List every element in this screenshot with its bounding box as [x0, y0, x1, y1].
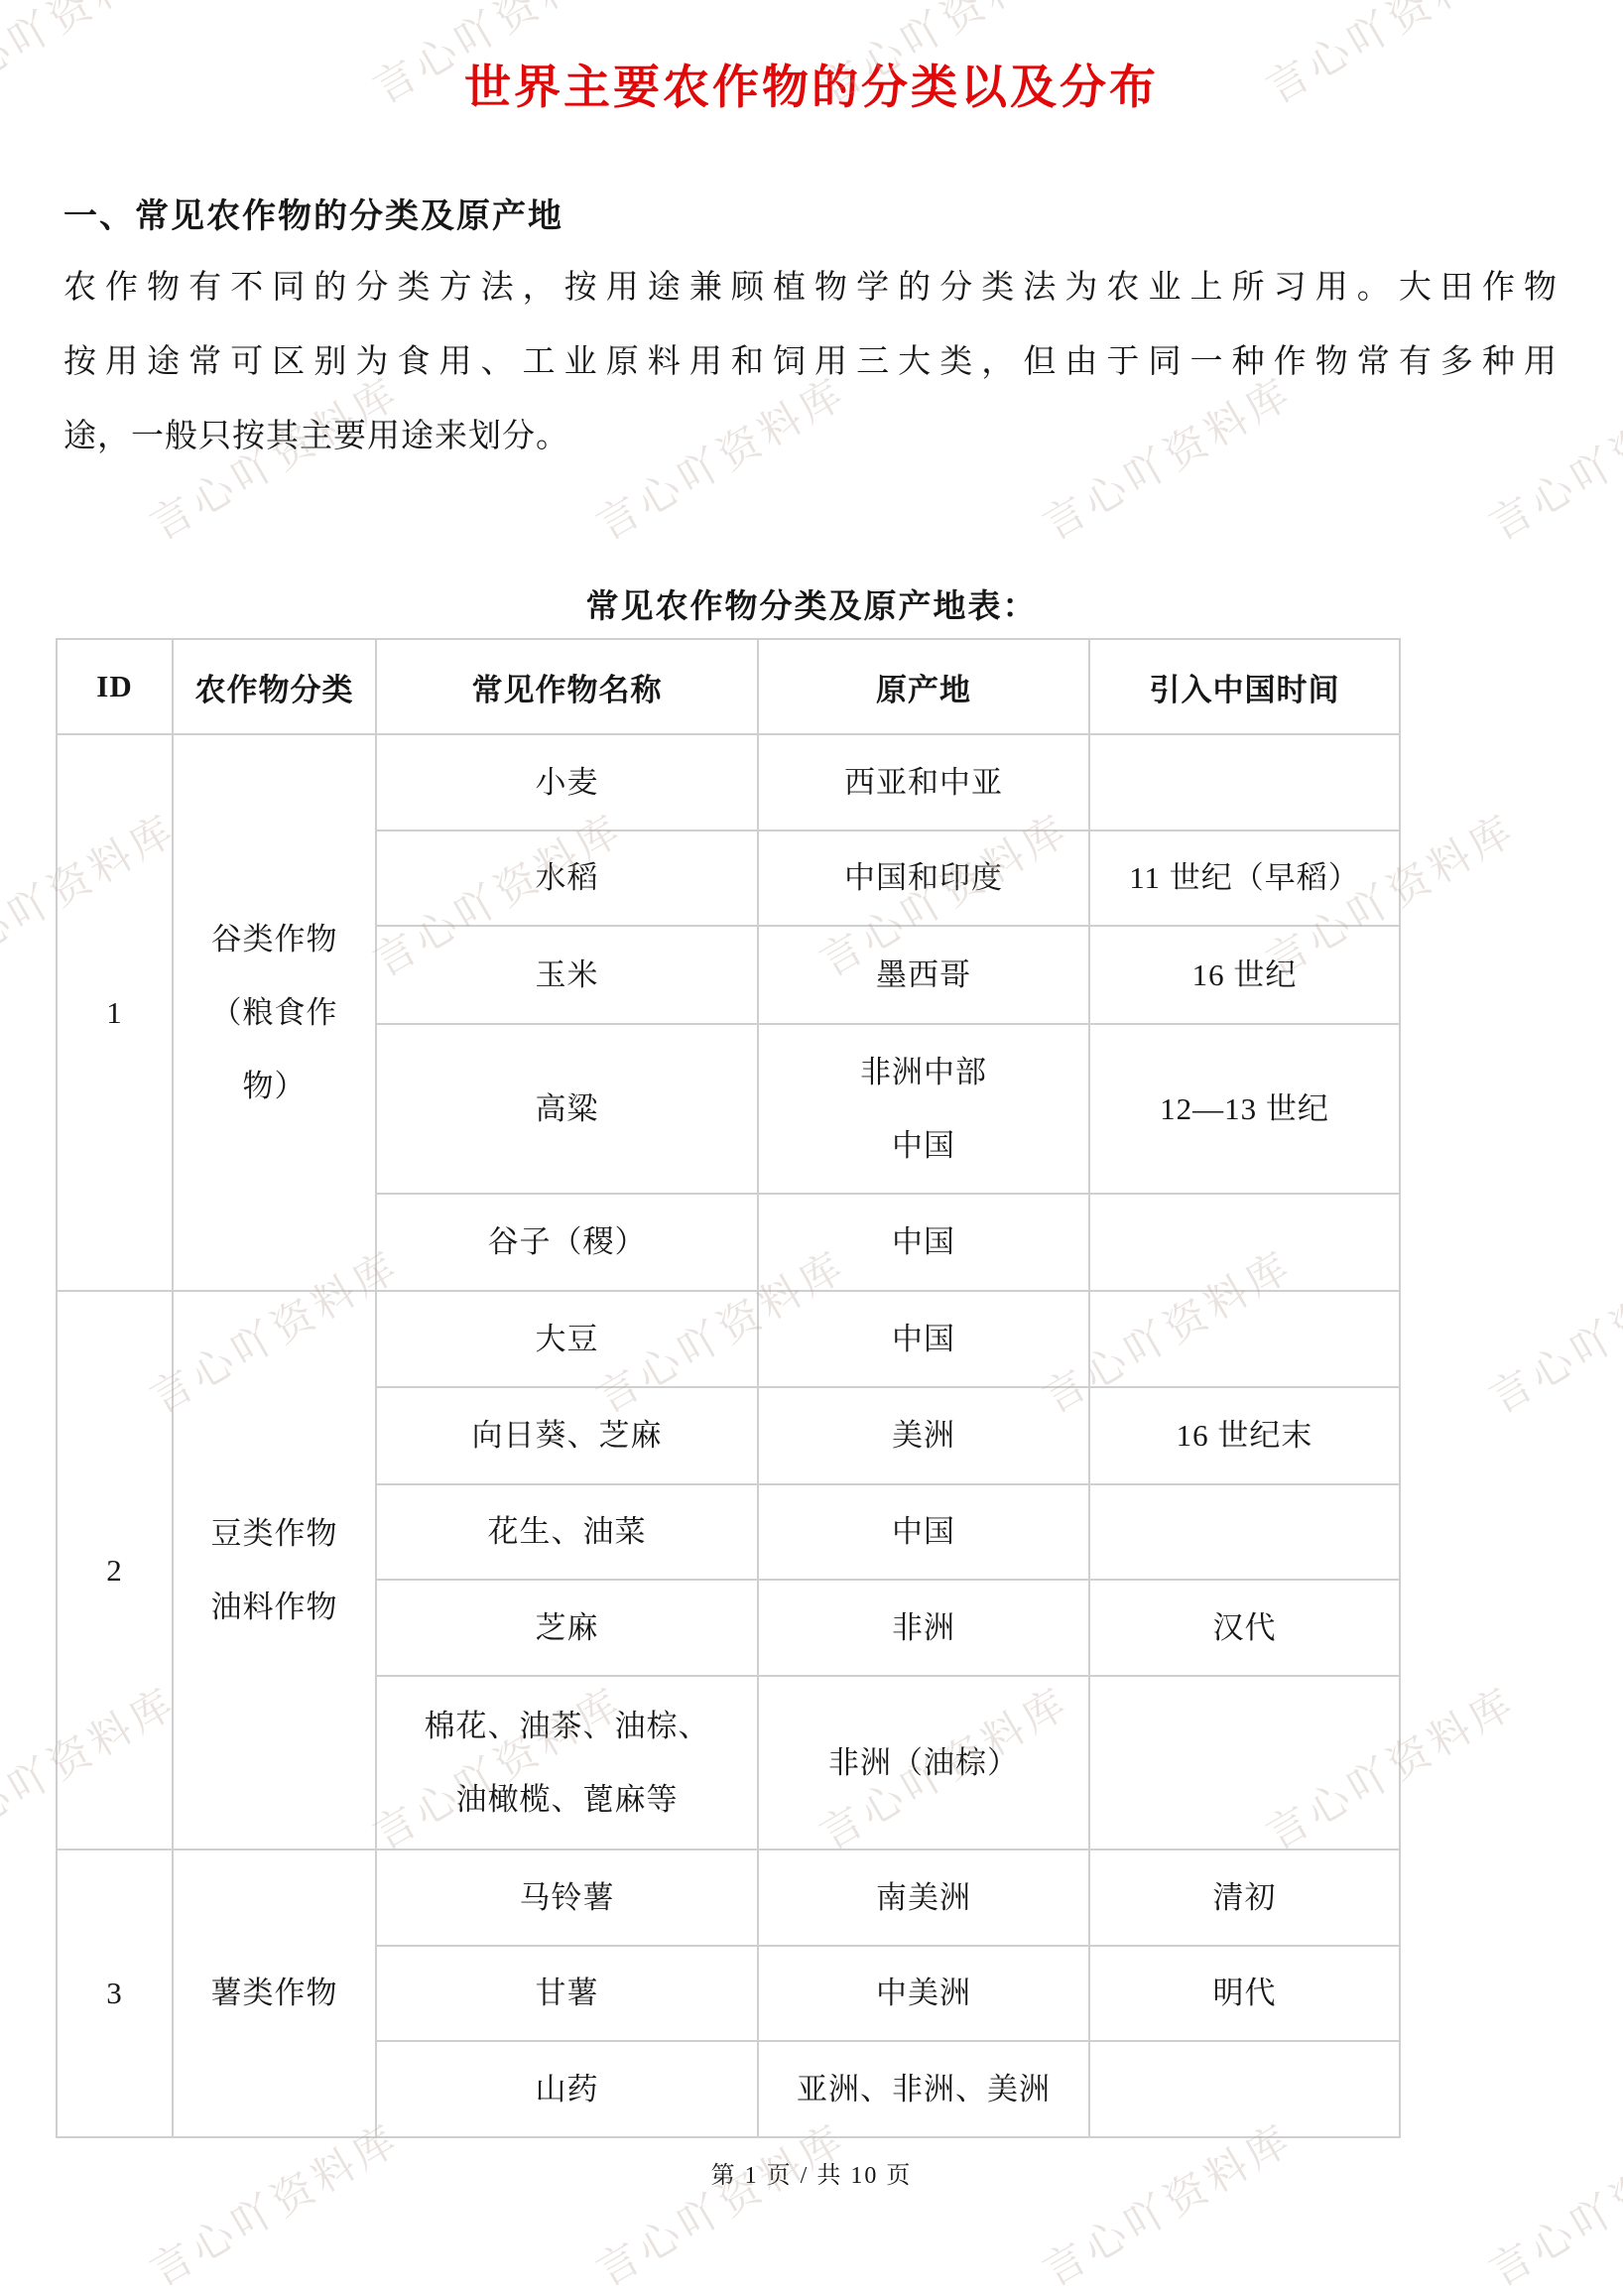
crop-name-cell: 高粱 — [376, 1024, 758, 1194]
origin-cell: 亚洲、非洲、美洲 — [758, 2041, 1089, 2137]
paragraph-line: 途，一般只按其主要用途来划分。 — [63, 400, 1558, 474]
table-header-row: ID 农作物分类 常见作物名称 原产地 引入中国时间 — [57, 639, 1400, 734]
crop-name-cell: 玉米 — [376, 926, 758, 1024]
crop-name-cell: 甘薯 — [376, 1946, 758, 2041]
table-row: 1 谷类作物 （粮食作 物） 小麦 西亚和中亚 — [57, 734, 1400, 830]
crops-table: ID 农作物分类 常见作物名称 原产地 引入中国时间 1 谷类作物 （粮食作 物… — [56, 638, 1401, 2138]
origin-cell: 中国 — [758, 1194, 1089, 1291]
intro-time-cell: 16 世纪末 — [1089, 1387, 1400, 1484]
intro-time-cell: 16 世纪 — [1089, 926, 1400, 1024]
crop-name-cell: 水稻 — [376, 830, 758, 926]
header-intro-time: 引入中国时间 — [1089, 639, 1400, 734]
page-title: 世界主要农作物的分类以及分布 — [40, 58, 1583, 120]
crop-name-cell: 棉花、油茶、油棕、 油橄榄、蓖麻等 — [376, 1676, 758, 1850]
intro-time-cell — [1089, 1484, 1400, 1580]
header-origin: 原产地 — [758, 639, 1089, 734]
paragraph-line: 按用途常可区别为食用、工业原料用和饲用三大类，但由于同一种作物常有多种用 — [63, 325, 1558, 400]
table-row: 3 薯类作物 马铃薯 南美洲 清初 — [57, 1850, 1400, 1946]
header-id: ID — [57, 639, 173, 734]
origin-cell: 非洲 — [758, 1580, 1089, 1676]
page-number: 第 1 页 / 共 10 页 — [0, 2156, 1623, 2196]
intro-time-cell: 12—13 世纪 — [1089, 1024, 1400, 1194]
section-heading: 一、常见农作物的分类及原产地 — [63, 193, 1558, 241]
crop-name-cell: 小麦 — [376, 734, 758, 830]
origin-cell: 非洲（油棕） — [758, 1676, 1089, 1850]
category-cell: 薯类作物 — [173, 1850, 376, 2137]
origin-cell: 西亚和中亚 — [758, 734, 1089, 830]
intro-time-cell — [1089, 734, 1400, 830]
intro-time-cell: 清初 — [1089, 1850, 1400, 1946]
origin-cell: 非洲中部 中国 — [758, 1024, 1089, 1194]
crop-name-cell: 芝麻 — [376, 1580, 758, 1676]
intro-time-cell — [1089, 1676, 1400, 1850]
document-page: 言心吖资料库言心吖资料库言心吖资料库言心吖资料库言心吖资料库言心吖资料库言心吖资… — [0, 0, 1623, 2296]
crop-name-cell: 向日葵、芝麻 — [376, 1387, 758, 1484]
category-cell: 豆类作物 油料作物 — [173, 1291, 376, 1850]
id-cell: 2 — [57, 1291, 173, 1850]
intro-time-cell — [1089, 1291, 1400, 1387]
body-paragraph: 农作物有不同的分类方法，按用途兼顾植物学的分类法为农业上所习用。大田作物 按用途… — [63, 251, 1558, 474]
intro-time-cell: 汉代 — [1089, 1580, 1400, 1676]
crop-name-cell: 山药 — [376, 2041, 758, 2137]
header-category: 农作物分类 — [173, 639, 376, 734]
origin-cell: 中国和印度 — [758, 830, 1089, 926]
crop-name-cell: 马铃薯 — [376, 1850, 758, 1946]
paragraph-line: 农作物有不同的分类方法，按用途兼顾植物学的分类法为农业上所习用。大田作物 — [63, 251, 1558, 325]
crop-name-cell: 大豆 — [376, 1291, 758, 1387]
origin-cell: 美洲 — [758, 1387, 1089, 1484]
origin-cell: 中国 — [758, 1291, 1089, 1387]
intro-time-cell — [1089, 1194, 1400, 1291]
table-row: 2 豆类作物 油料作物 大豆 中国 — [57, 1291, 1400, 1387]
origin-cell: 中美洲 — [758, 1946, 1089, 2041]
origin-cell: 墨西哥 — [758, 926, 1089, 1024]
id-cell: 3 — [57, 1850, 173, 2137]
origin-cell: 南美洲 — [758, 1850, 1089, 1946]
header-crop-name: 常见作物名称 — [376, 639, 758, 734]
intro-time-cell: 11 世纪（早稻） — [1089, 830, 1400, 926]
category-cell: 谷类作物 （粮食作 物） — [173, 734, 376, 1291]
id-cell: 1 — [57, 734, 173, 1291]
intro-time-cell: 明代 — [1089, 1946, 1400, 2041]
crop-name-cell: 花生、油菜 — [376, 1484, 758, 1580]
crop-name-cell: 谷子（稷） — [376, 1194, 758, 1291]
intro-time-cell — [1089, 2041, 1400, 2137]
table-title: 常见农作物分类及原产地表： — [40, 591, 1583, 638]
origin-cell: 中国 — [758, 1484, 1089, 1580]
